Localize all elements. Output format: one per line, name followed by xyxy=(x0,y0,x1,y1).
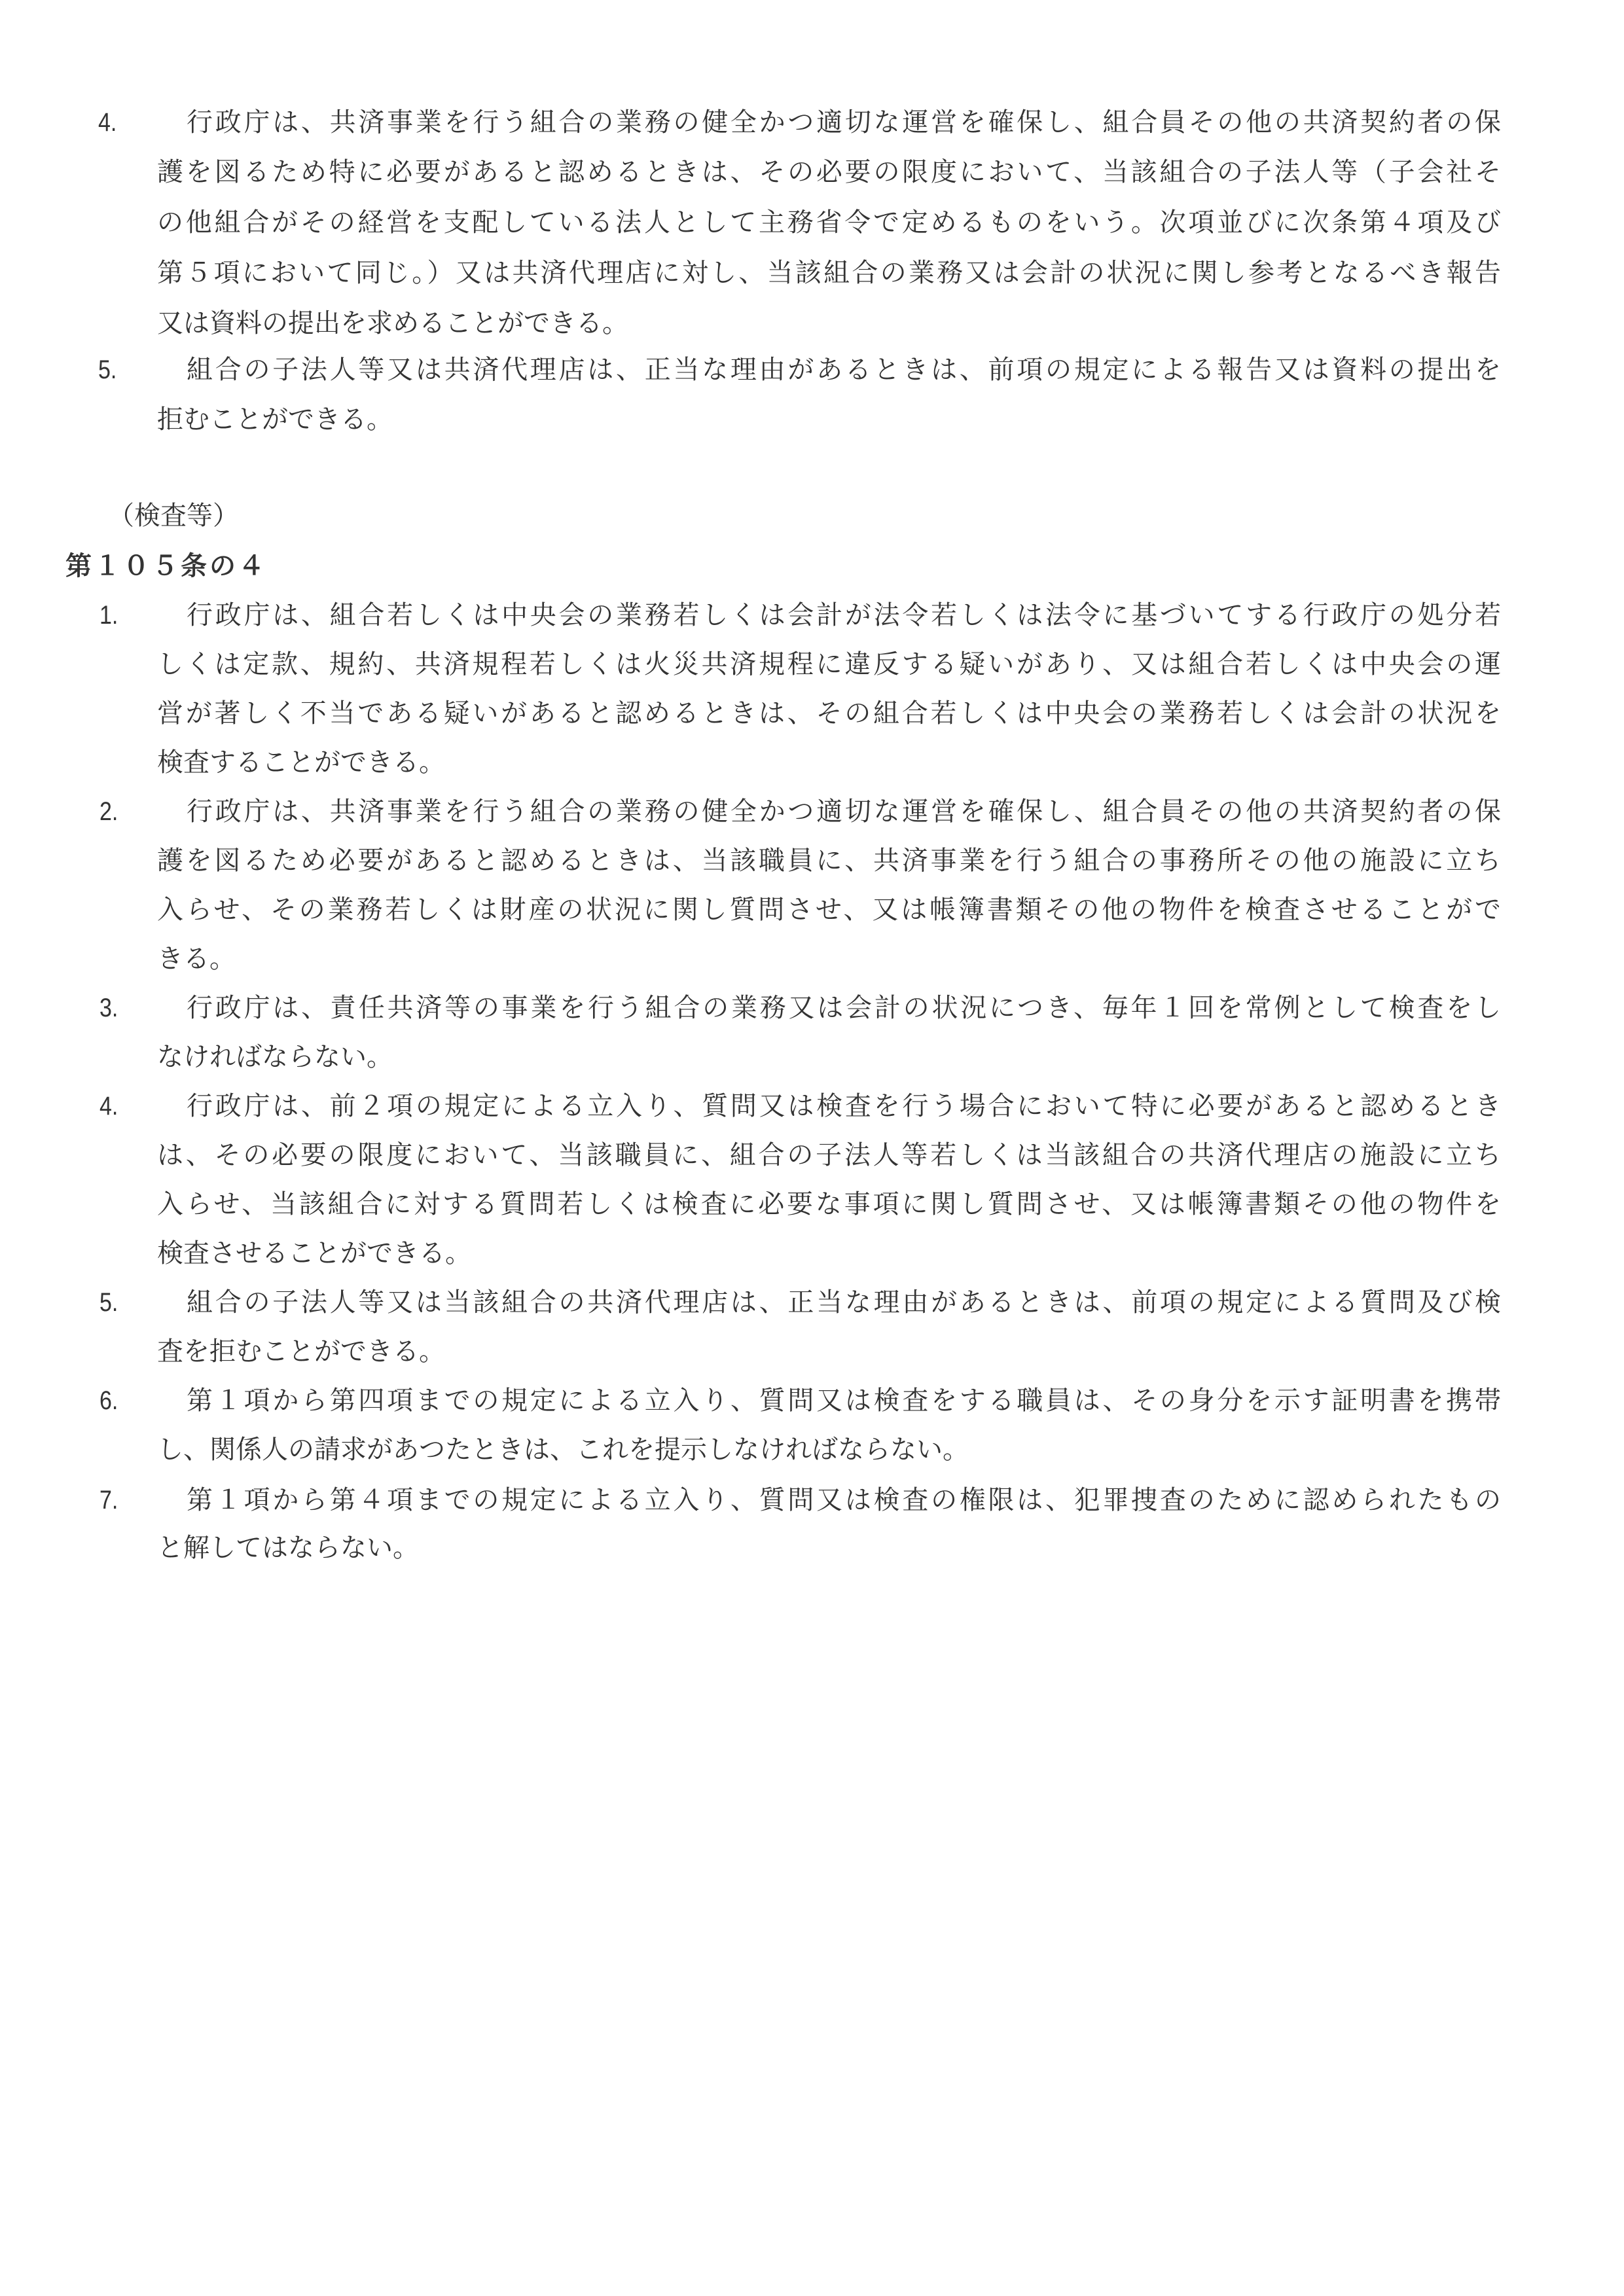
paragraph-line: 組合の子法人等又は共済代理店は、正当な理由があるときは、前項の規定による報告又は… xyxy=(187,353,1501,386)
paragraph-line: 営が著しく不当である疑いがあると認めるときは、その組合若しくは中央会の業務若しく… xyxy=(157,697,1501,730)
paragraph-line: 入らせ、当該組合に対する質問若しくは検査に必要な事項に関し質問させ、又は帳簿書類… xyxy=(157,1188,1501,1221)
paragraph-line: は、その必要の限度において、当該職員に、組合の子法人等若しくは当該組合の共済代理… xyxy=(157,1139,1501,1172)
item-number: 4. xyxy=(98,106,117,139)
paragraph-line: 検査させることができる。 xyxy=(157,1237,1501,1270)
paragraph-line: 拒むことができる。 xyxy=(157,403,1501,436)
paragraph-line: 護を図るため特に必要があると認めるときは、その必要の限度において、当該組合の子法… xyxy=(157,156,1501,188)
item-number: 2. xyxy=(99,795,118,828)
paragraph-line: 又は資料の提出を求めることができる。 xyxy=(157,307,1501,340)
item-number: 6. xyxy=(99,1384,118,1417)
paragraph-line: 第５項において同じ。）又は共済代理店に対し、当該組合の業務又は会計の状況に関し参… xyxy=(157,257,1501,289)
paragraph-line: 入らせ、その業務若しくは財産の状況に関し質問させ、又は帳簿書類その他の物件を検査… xyxy=(157,893,1501,926)
paragraph-line: きる。 xyxy=(157,942,1501,975)
paragraph-line: 行政庁は、共済事業を行う組合の業務の健全かつ適切な運営を確保し、組合員その他の共… xyxy=(187,106,1501,139)
paragraph-line: しくは定款、規約、共済規程若しくは火災共済規程に違反する疑いがあり、又は組合若し… xyxy=(157,648,1501,681)
paragraph-line: なければならない。 xyxy=(157,1041,1501,1073)
paragraph-line: 行政庁は、責任共済等の事業を行う組合の業務又は会計の状況につき、毎年１回を常例と… xyxy=(187,992,1501,1024)
article-caption: （検査等） xyxy=(108,499,239,532)
document-page: 4. 行政庁は、共済事業を行う組合の業務の健全かつ適切な運営を確保し、組合員その… xyxy=(0,0,1624,2296)
paragraph-line: 査を拒むことができる。 xyxy=(157,1335,1501,1368)
paragraph-line: 護を図るため必要があると認めるときは、当該職員に、共済事業を行う組合の事務所その… xyxy=(157,844,1501,877)
paragraph-line: の他組合がその経営を支配している法人として主務省令で定めるものをいう。次項並びに… xyxy=(157,206,1501,239)
paragraph-line: 行政庁は、共済事業を行う組合の業務の健全かつ適切な運営を確保し、組合員その他の共… xyxy=(187,795,1501,828)
item-number: 5. xyxy=(98,353,117,386)
paragraph-line: と解してはならない。 xyxy=(157,1532,1501,1564)
item-number: 7. xyxy=(99,1484,118,1516)
paragraph-line: 行政庁は、前２項の規定による立入り、質問又は検査を行う場合において特に必要がある… xyxy=(187,1090,1501,1122)
article-title: 第１０５条の４ xyxy=(65,550,267,583)
item-number: 3. xyxy=(99,992,118,1024)
paragraph-line: 第１項から第四項までの規定による立入り、質問又は検査をする職員は、その身分を示す… xyxy=(187,1384,1501,1417)
paragraph-line: 第１項から第４項までの規定による立入り、質問又は検査の権限は、犯罪捜査のために認… xyxy=(187,1484,1501,1516)
paragraph-line: し、関係人の請求があつたときは、これを提示しなければならない。 xyxy=(157,1433,1501,1466)
paragraph-line: 組合の子法人等又は当該組合の共済代理店は、正当な理由があるときは、前項の規定によ… xyxy=(187,1286,1501,1319)
item-number: 1. xyxy=(99,599,118,632)
paragraph-line: 検査することができる。 xyxy=(157,746,1501,779)
item-number: 4. xyxy=(99,1090,118,1122)
paragraph-line: 行政庁は、組合若しくは中央会の業務若しくは会計が法令若しくは法令に基づいてする行… xyxy=(187,599,1501,632)
item-number: 5. xyxy=(99,1286,118,1319)
